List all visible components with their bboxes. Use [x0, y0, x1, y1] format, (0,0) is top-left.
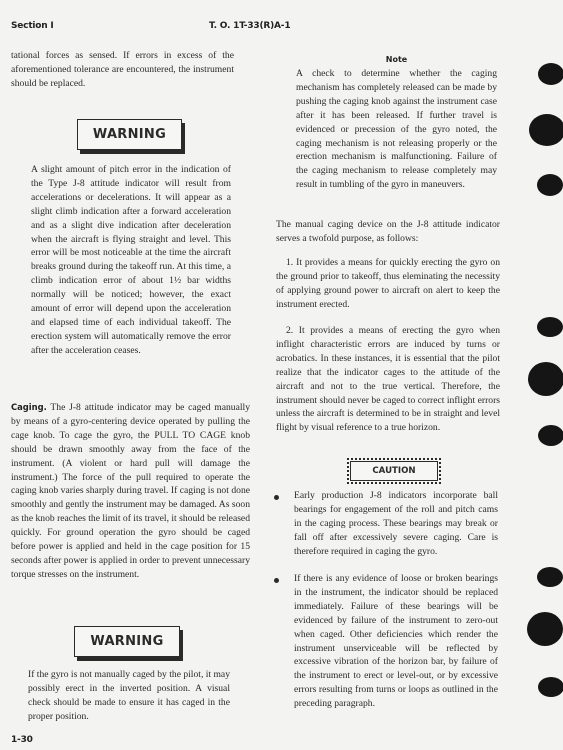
punch-hole-icon [537, 567, 563, 587]
note-text: A check to determine whether the caging … [296, 67, 497, 192]
bullet-icon [274, 578, 279, 583]
punch-hole-icon [538, 425, 563, 446]
warning-text-1: A slight amount of pitch error in the in… [31, 163, 231, 358]
purpose-item-2: 2. It provides a means of erecting the g… [276, 324, 500, 435]
punch-hole-icon [538, 677, 563, 697]
punch-hole-icon [537, 174, 563, 196]
warning-label-1: WARNING [77, 119, 182, 150]
warning-label-2: WARNING [74, 626, 180, 657]
caging-text: The J-8 attitude indicator may be caged … [11, 402, 250, 580]
caging-heading: Caging. [11, 402, 47, 412]
punch-hole-icon [528, 362, 563, 396]
section-label: Section I [11, 21, 54, 31]
caution-bullet-1: Early production J-8 indicators incorpor… [294, 489, 498, 559]
punch-hole-icon [537, 317, 563, 337]
punch-hole-icon [538, 63, 563, 85]
bullet-icon [274, 495, 279, 500]
page-number: 1-30 [11, 735, 33, 745]
note-title: Note [296, 55, 497, 64]
intro-paragraph: tational forces as sensed. If errors in … [11, 49, 234, 91]
caution-label: CAUTION [347, 458, 441, 484]
punch-hole-icon [529, 114, 563, 146]
caging-paragraph: Caging. The J-8 attitude indicator may b… [11, 401, 250, 582]
purpose-intro: The manual caging device on the J-8 atti… [276, 218, 500, 246]
caution-bullet-2: If there is any evidence of loose or bro… [294, 572, 498, 711]
punch-hole-icon [527, 612, 563, 646]
document-number: T. O. 1T-33(R)A-1 [209, 21, 290, 31]
purpose-item-1: 1. It provides a means for quickly erect… [276, 256, 500, 312]
warning-text-2: If the gyro is not manually caged by the… [28, 668, 230, 724]
